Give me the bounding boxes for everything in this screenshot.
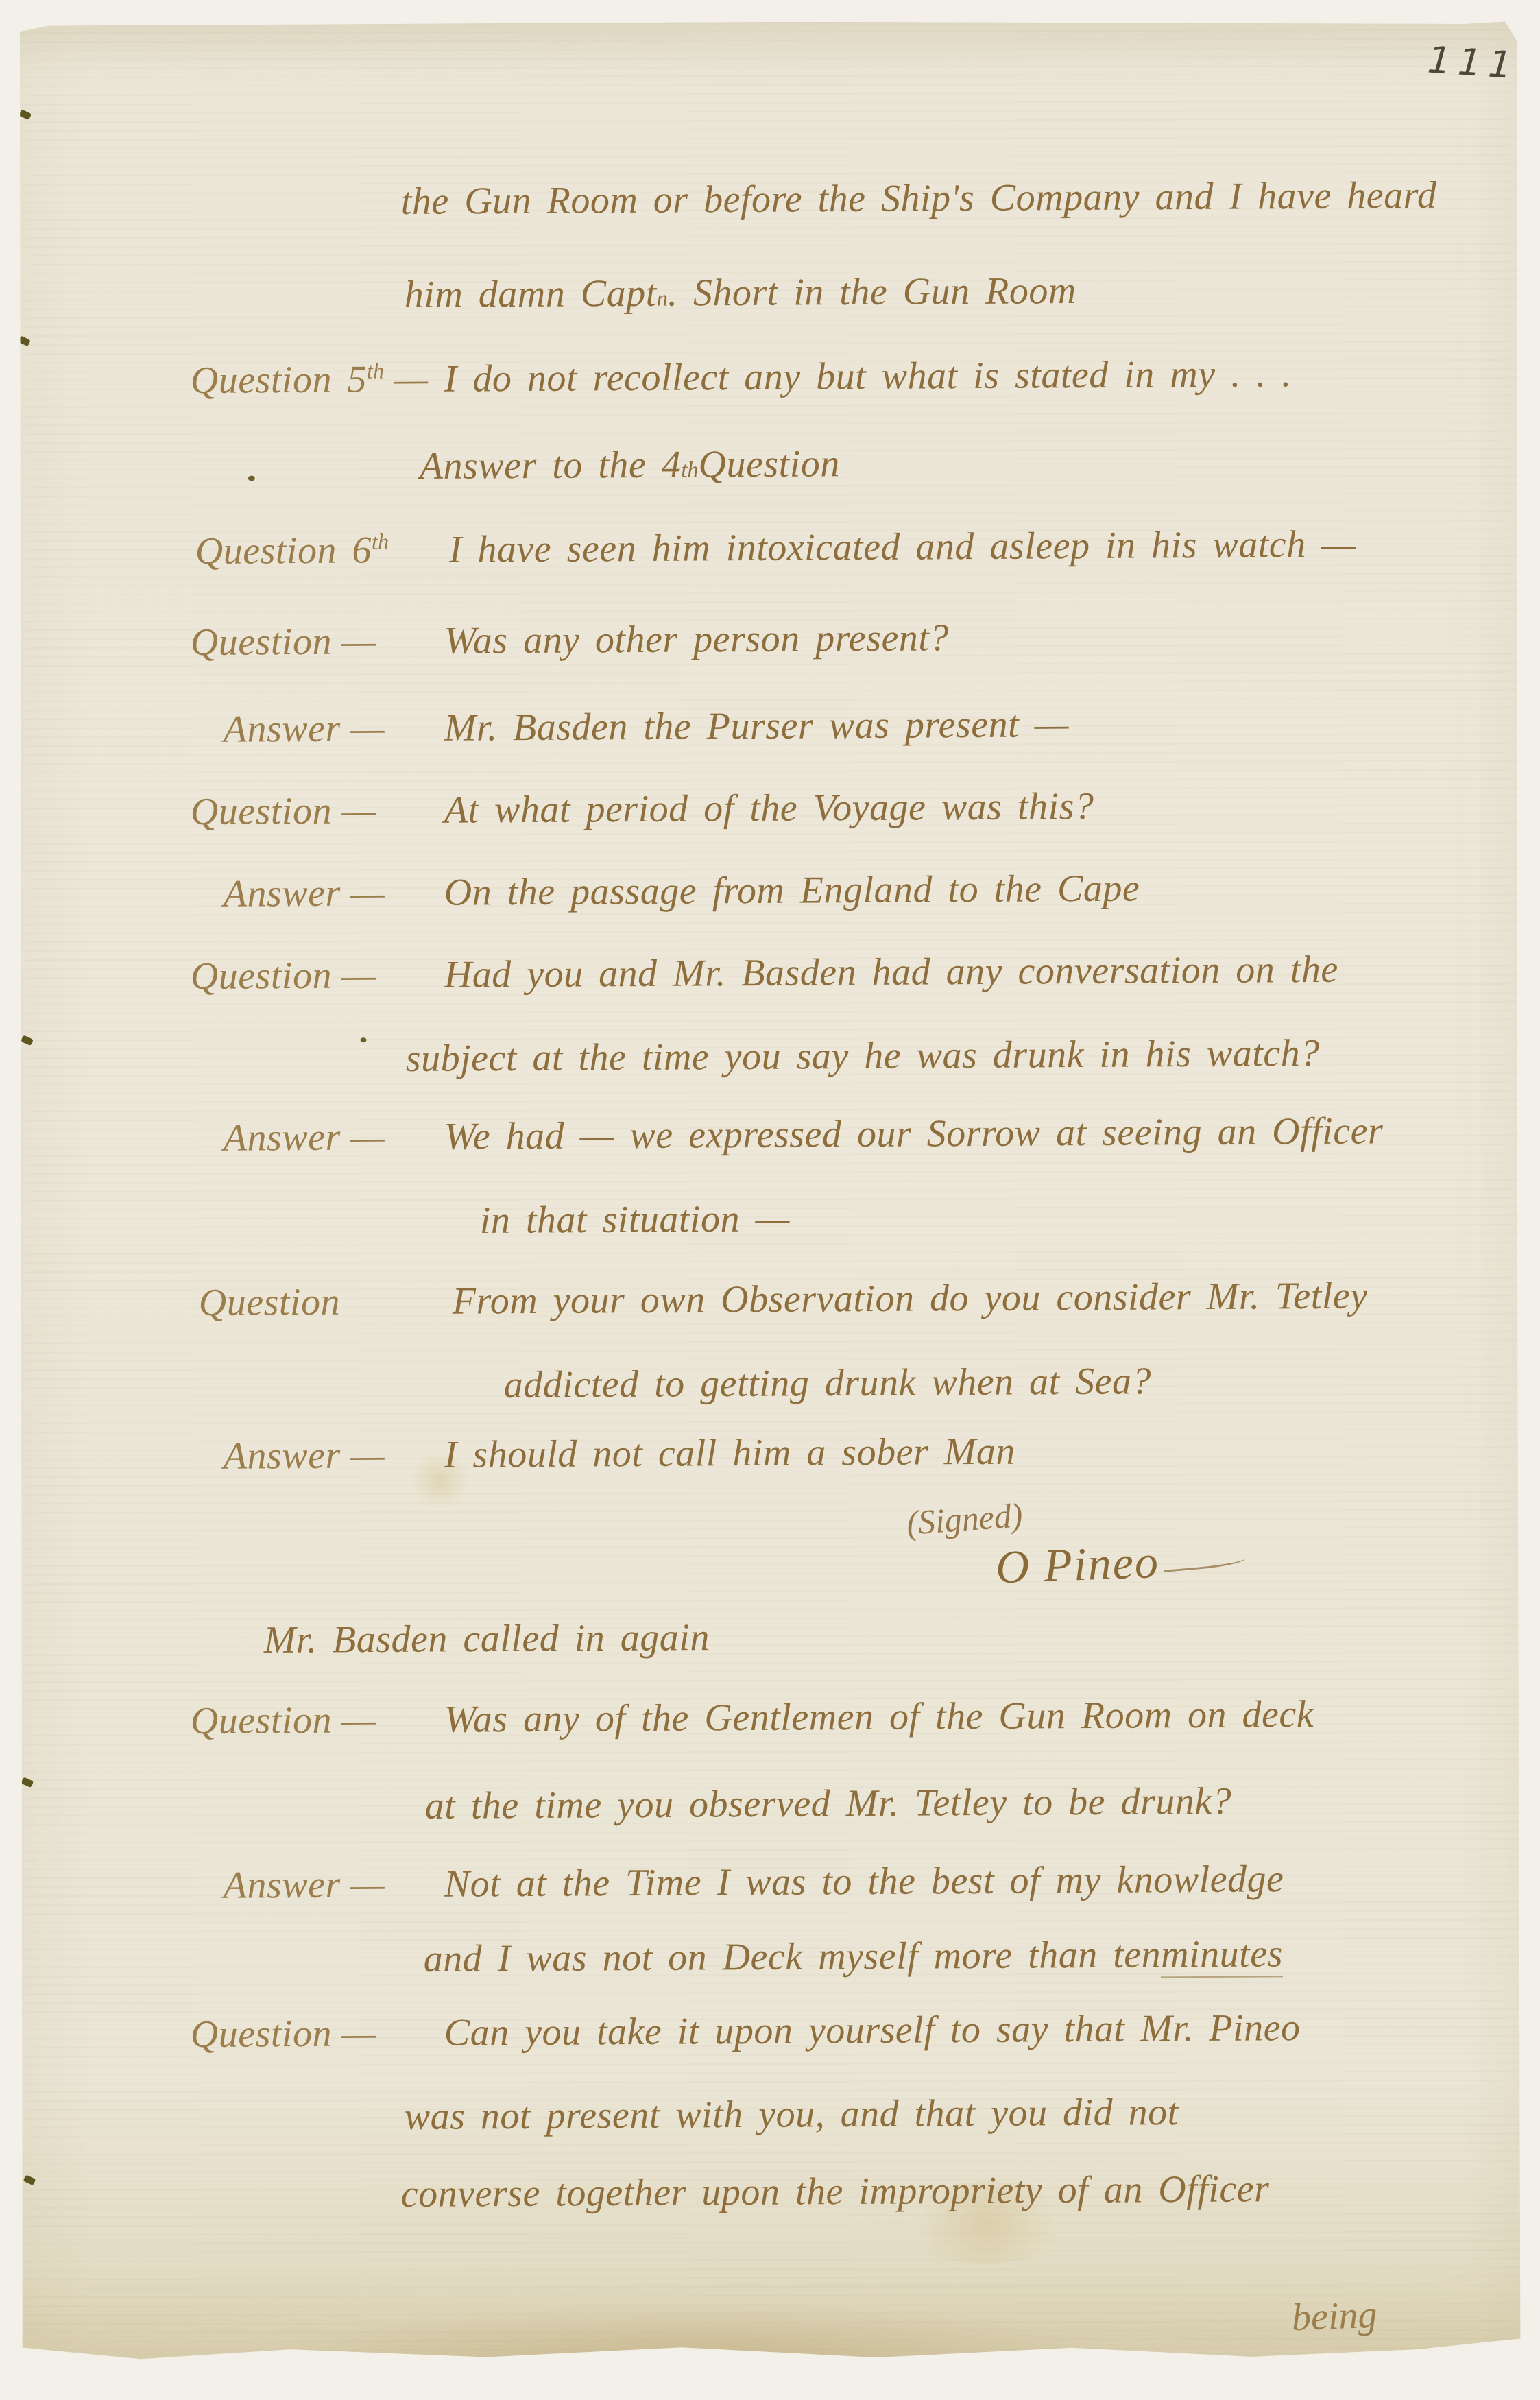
manuscript-line: Answer— On the passage from England to t… <box>191 867 1140 916</box>
ink-fleck <box>248 476 255 481</box>
dash: — <box>341 1434 385 1476</box>
manuscript-line: Question 6th I have seen him intoxicated… <box>195 523 1356 573</box>
dash: — <box>332 2012 376 2054</box>
superscript: th <box>681 458 698 483</box>
dash: — <box>341 1116 385 1158</box>
line-text: At what period of the Voyage was this? <box>444 784 1094 832</box>
speaker-label: Question 5th— <box>191 357 444 403</box>
speaker-label: Question— <box>191 2011 444 2056</box>
line-text: We had — we expressed our Sorrow at seei… <box>444 1109 1384 1158</box>
dash: — <box>384 358 429 400</box>
speaker-label: Question— <box>191 953 444 998</box>
speaker-label: Answer— <box>191 706 444 752</box>
signature-pineo: O Pineo <box>995 1532 1247 1595</box>
line-text: him damn Capt <box>405 272 657 317</box>
speaker-label: Question— <box>191 789 444 834</box>
line-text: Question <box>698 442 840 486</box>
line-text: I should not call him a sober Man <box>444 1430 1016 1477</box>
dash: — <box>332 954 376 996</box>
line-text: and I was not on Deck myself more than t… <box>424 1932 1162 1981</box>
manuscript-line: and I was not on Deck myself more than t… <box>424 1932 1284 1982</box>
manuscript-line: Question From your own Observation do yo… <box>199 1274 1368 1325</box>
dash <box>389 529 398 571</box>
speaker-label: Answer— <box>191 1433 444 1478</box>
page-number: 111 <box>1426 38 1520 87</box>
manuscript-line: subject at the time you say he was drunk… <box>406 1031 1320 1081</box>
manuscript-line: in that situation — <box>480 1197 790 1243</box>
superscript: th <box>367 359 384 384</box>
speaker-label: Question 6th <box>195 528 449 573</box>
manuscript-line: Answer— Not at the Time I was to the bes… <box>191 1857 1284 1908</box>
line-text: On the passage from England to the Cape <box>444 867 1140 915</box>
line-text: Mr. Basden called in again <box>264 1616 710 1662</box>
speaker-label: Answer— <box>191 871 444 916</box>
dash: — <box>341 1863 385 1906</box>
manuscript-line: Question— Had you and Mr. Basden had any… <box>191 948 1338 998</box>
document-scan: 111 the Gun Room or before the Ship's Co… <box>0 0 1540 2400</box>
line-text: I do not recollect any but what is state… <box>444 352 1292 401</box>
line-text: Had you and Mr. Basden had any conversat… <box>444 948 1338 997</box>
manuscript-line: converse together upon the impropriety o… <box>401 2167 1270 2216</box>
dash: — <box>332 1699 376 1741</box>
line-text: in that situation — <box>480 1197 790 1243</box>
line-text: was not present with you, and that you d… <box>405 2090 1179 2139</box>
dash <box>340 1281 350 1323</box>
line-text: addicted to getting drunk when at Sea? <box>504 1359 1152 1407</box>
line-text: I have seen him intoxicated and asleep i… <box>449 523 1356 572</box>
manuscript-line: at the time you observed Mr. Tetley to b… <box>425 1779 1232 1828</box>
dash: — <box>341 707 385 749</box>
dash: — <box>341 872 385 914</box>
manuscript-line: Question— Was any of the Gentlemen of th… <box>191 1692 1314 1743</box>
dash: — <box>332 620 376 662</box>
manuscript-line: Question 5th— I do not recollect any but… <box>191 352 1292 403</box>
speaker-label: Question— <box>191 619 444 664</box>
line-text: the Gun Room or before the Ship's Compan… <box>401 173 1437 224</box>
line-text: . Short in the Gun Room <box>668 269 1076 315</box>
catchword: being <box>1291 2293 1378 2340</box>
superscript: th <box>372 530 389 555</box>
superscript: n <box>657 287 668 312</box>
speaker-label: Answer— <box>191 1115 444 1160</box>
line-text: Can you take it upon yourself to say tha… <box>444 2006 1301 2055</box>
speaker-label: Question <box>199 1280 453 1325</box>
manuscript-line: him damn Captn. Short in the Gun Room <box>405 269 1076 317</box>
dash: — <box>332 789 376 832</box>
manuscript-line: Answer— I should not call him a sober Ma… <box>191 1430 1015 1478</box>
line-text: Was any other person present? <box>444 616 949 662</box>
manuscript-line: Question— Can you take it upon yourself … <box>191 2006 1301 2056</box>
ink-fleck <box>361 1037 367 1042</box>
manuscript-line: the Gun Room or before the Ship's Compan… <box>401 173 1437 224</box>
line-text: at the time you observed Mr. Tetley to b… <box>425 1779 1232 1828</box>
line-text-underlined: minutes <box>1161 1932 1283 1978</box>
signed-label: (Signed) <box>905 1495 1024 1543</box>
manuscript-line: Question— At what period of the Voyage w… <box>191 784 1094 834</box>
line-text: subject at the time you say he was drunk… <box>406 1031 1320 1081</box>
line-text: Not at the Time I was to the best of my … <box>444 1857 1284 1906</box>
speaker-label: Question— <box>191 1698 444 1743</box>
manuscript-line: Answer— Mr. Basden the Purser was presen… <box>191 702 1070 752</box>
manuscript-line: Answer to the 4th Question <box>420 442 840 488</box>
line-text: converse together upon the impropriety o… <box>401 2167 1270 2216</box>
manuscript-line: was not present with you, and that you d… <box>405 2090 1179 2139</box>
line-text: Was any of the Gentlemen of the Gun Room… <box>444 1692 1314 1742</box>
corner-tear <box>1452 0 1502 18</box>
manuscript-line: addicted to getting drunk when at Sea? <box>504 1359 1152 1407</box>
manuscript-line: Answer— We had — we expressed our Sorrow… <box>191 1109 1384 1160</box>
line-text: Answer to the 4 <box>420 443 682 488</box>
manuscript-line: Question— Was any other person present? <box>191 616 949 664</box>
speaker-label: Answer— <box>191 1862 444 1908</box>
manuscript-line: Mr. Basden called in again <box>264 1616 710 1662</box>
line-text: From your own Observation do you conside… <box>453 1274 1368 1323</box>
line-text: Mr. Basden the Purser was present — <box>444 702 1070 750</box>
